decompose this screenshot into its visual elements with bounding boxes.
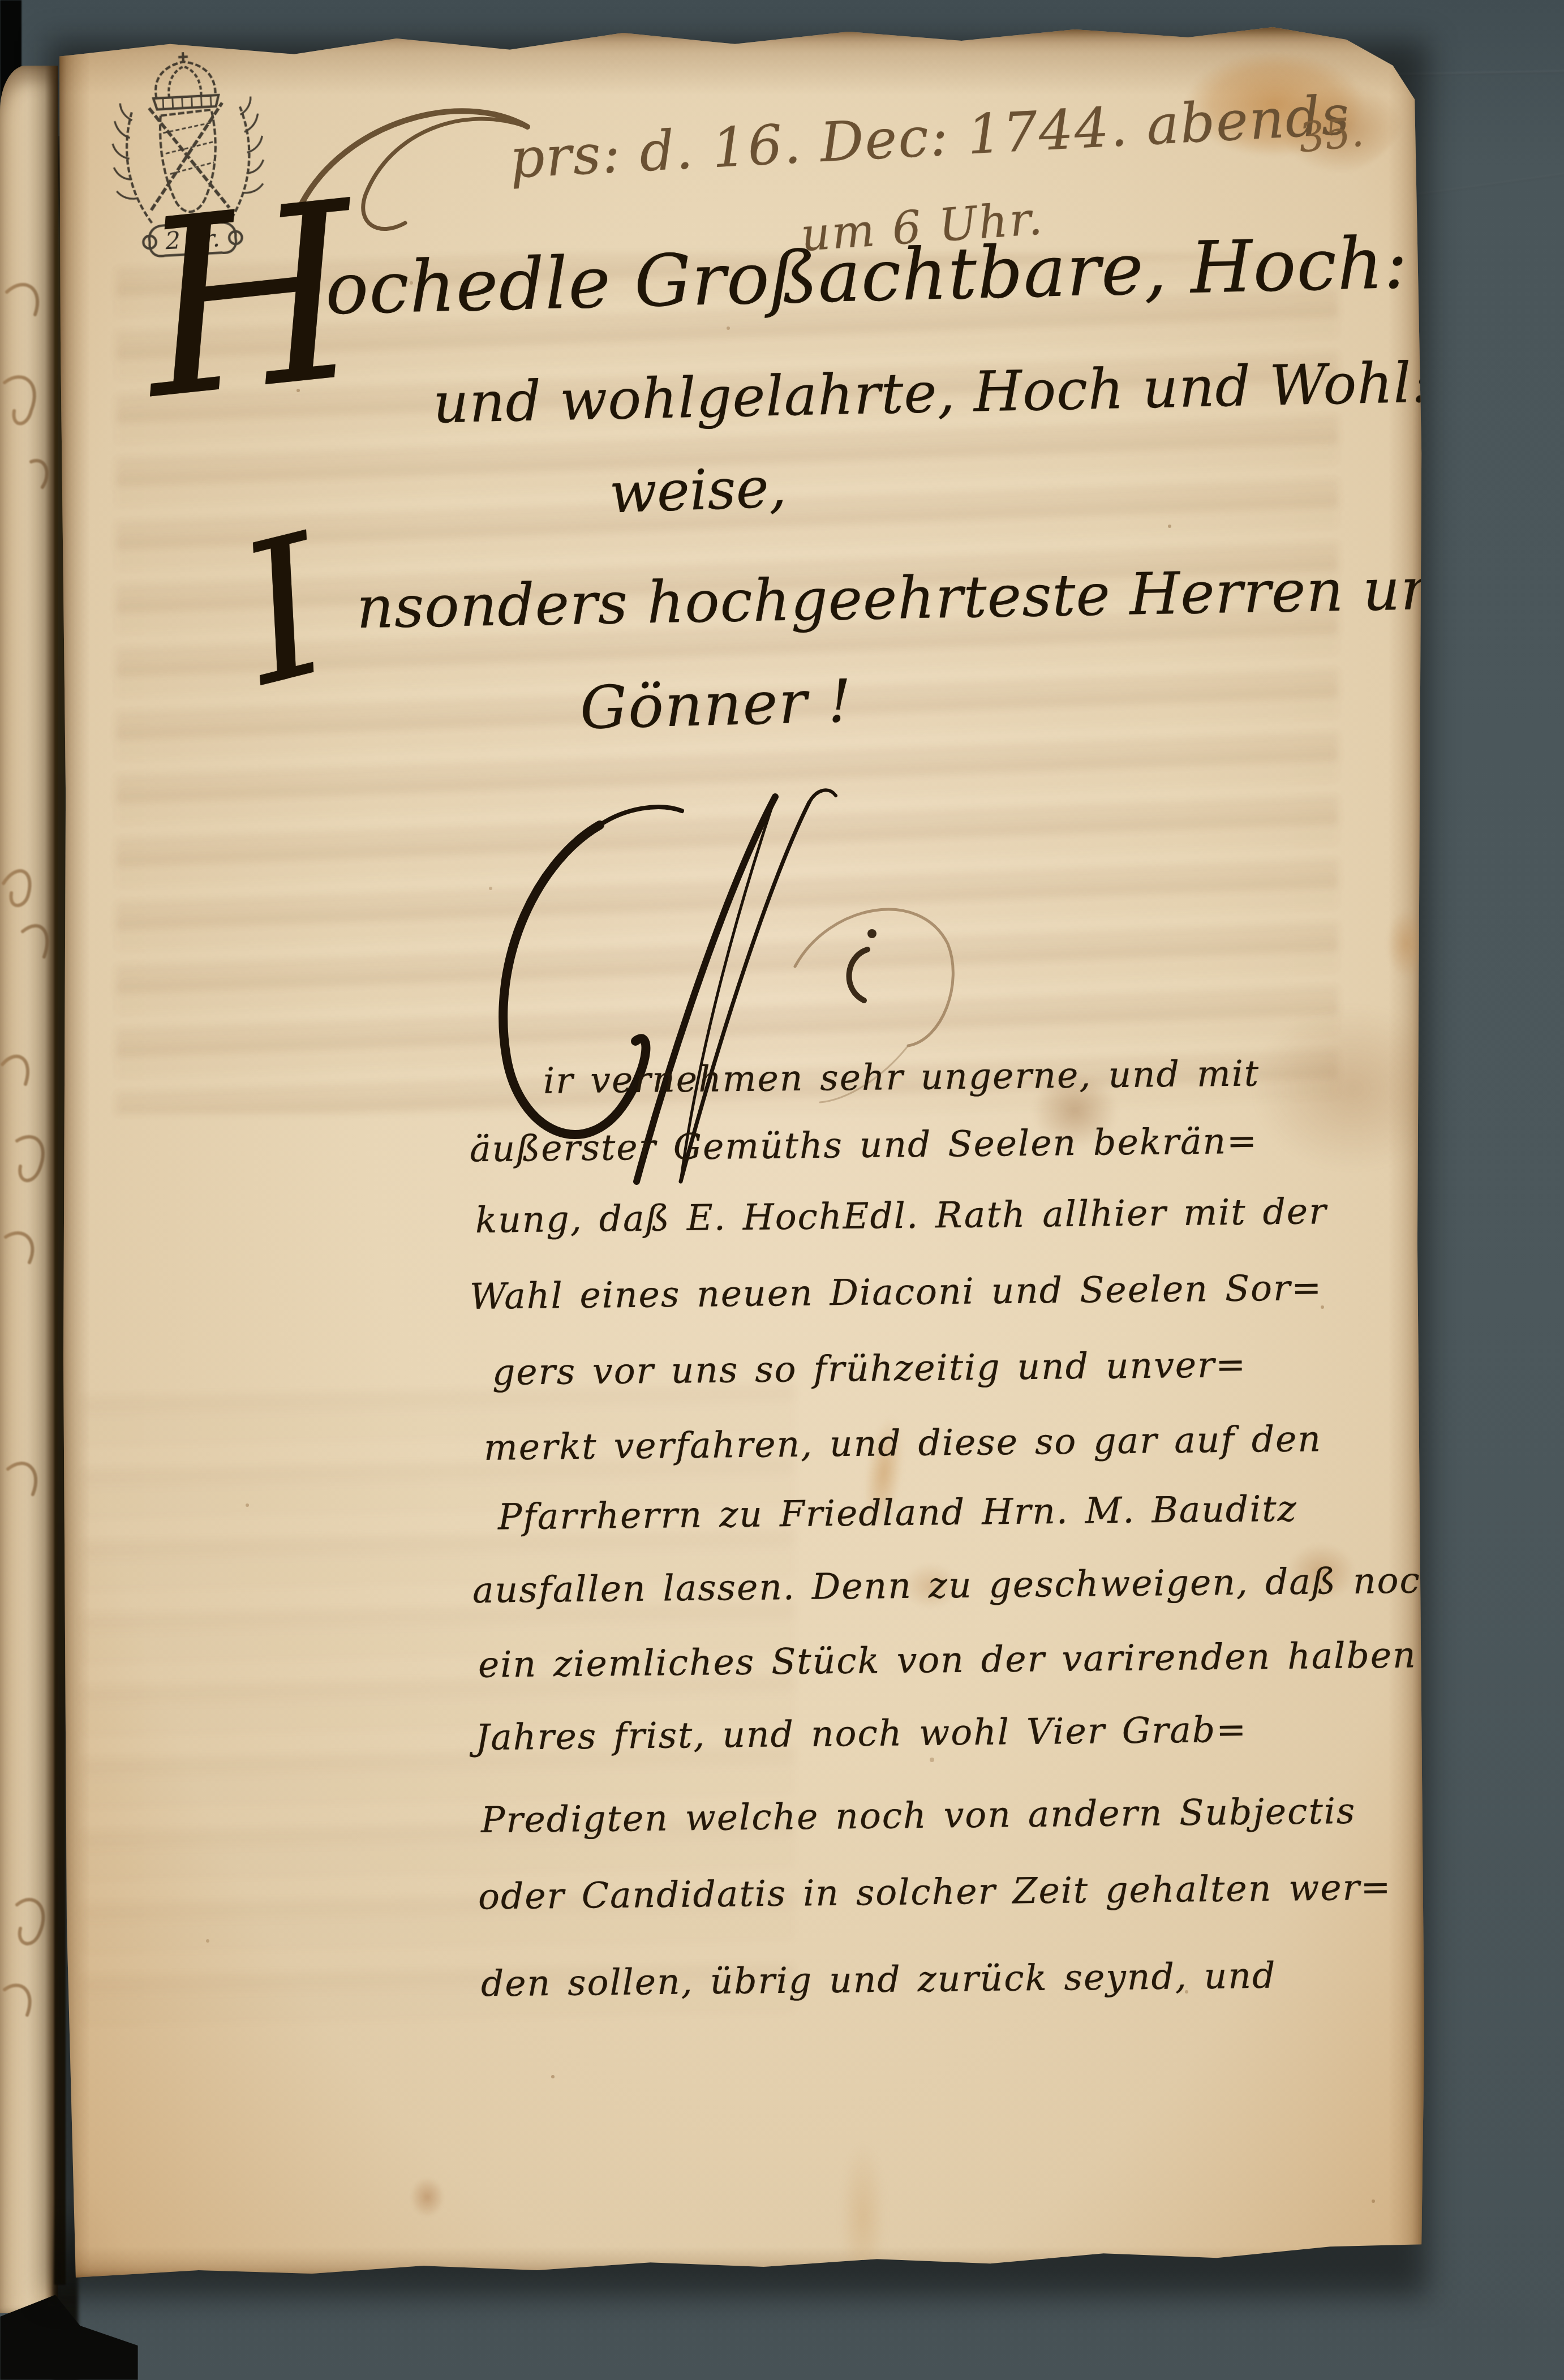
- body-line: oder Candidatis in solcher Zeit gehalten…: [478, 1867, 1392, 1918]
- heading-line2: und wohlgelahrte, Hoch und Wohl:: [432, 351, 1432, 436]
- paper-stain: [410, 2177, 444, 2217]
- manuscript-page: 2 gr. prs: d. 16. Dec: 1744. abends um 6…: [59, 27, 1424, 2280]
- body-line: merkt verfahren, und diese so gar auf de…: [484, 1418, 1322, 1468]
- body-line: äußerster Gemüths und Seelen bekrän=: [470, 1120, 1258, 1170]
- body-line: Jahres frist, und noch wohl Vier Grab=: [475, 1709, 1248, 1758]
- salutation-initial-letter: I: [224, 509, 345, 714]
- salutation-line1: nsonders hochgeehrteste Herren und: [356, 555, 1476, 642]
- ink-show-through: [82, 1374, 795, 2030]
- presentation-note-line1: prs: d. 16. Dec: 1744. abends: [508, 83, 1352, 191]
- body-line: ausfallen lassen. Denn zu geschweigen, d…: [472, 1560, 1445, 1611]
- body-line: kung, daß E. HochEdl. Rath allhier mit d…: [475, 1191, 1327, 1241]
- body-line: den sollen, übrig und zurück seynd, und: [481, 1955, 1277, 2005]
- body-line: ir vernehmen sehr ungerne, und mit: [543, 1052, 1260, 1101]
- body-line: Predigten welche noch von andern Subject…: [481, 1790, 1356, 1841]
- body-line: ein ziemliches Stück von der varirenden …: [478, 1634, 1417, 1685]
- archival-photo-scene: 2 gr. prs: d. 16. Dec: 1744. abends um 6…: [0, 0, 1564, 2380]
- heading-line3: weise,: [608, 456, 787, 526]
- paper-specks: [59, 27, 62, 29]
- salutation-line2: Gönner !: [579, 667, 853, 743]
- body-line: Pfarrherrn zu Friedland Hrn. M. Bauditz: [498, 1488, 1298, 1538]
- body-line: Wahl eines neuen Diaconi und Seelen Sor=: [470, 1267, 1323, 1317]
- body-line: gers vor uns so frühzeitig und unver=: [492, 1344, 1247, 1393]
- page-number: 35.: [1296, 108, 1366, 162]
